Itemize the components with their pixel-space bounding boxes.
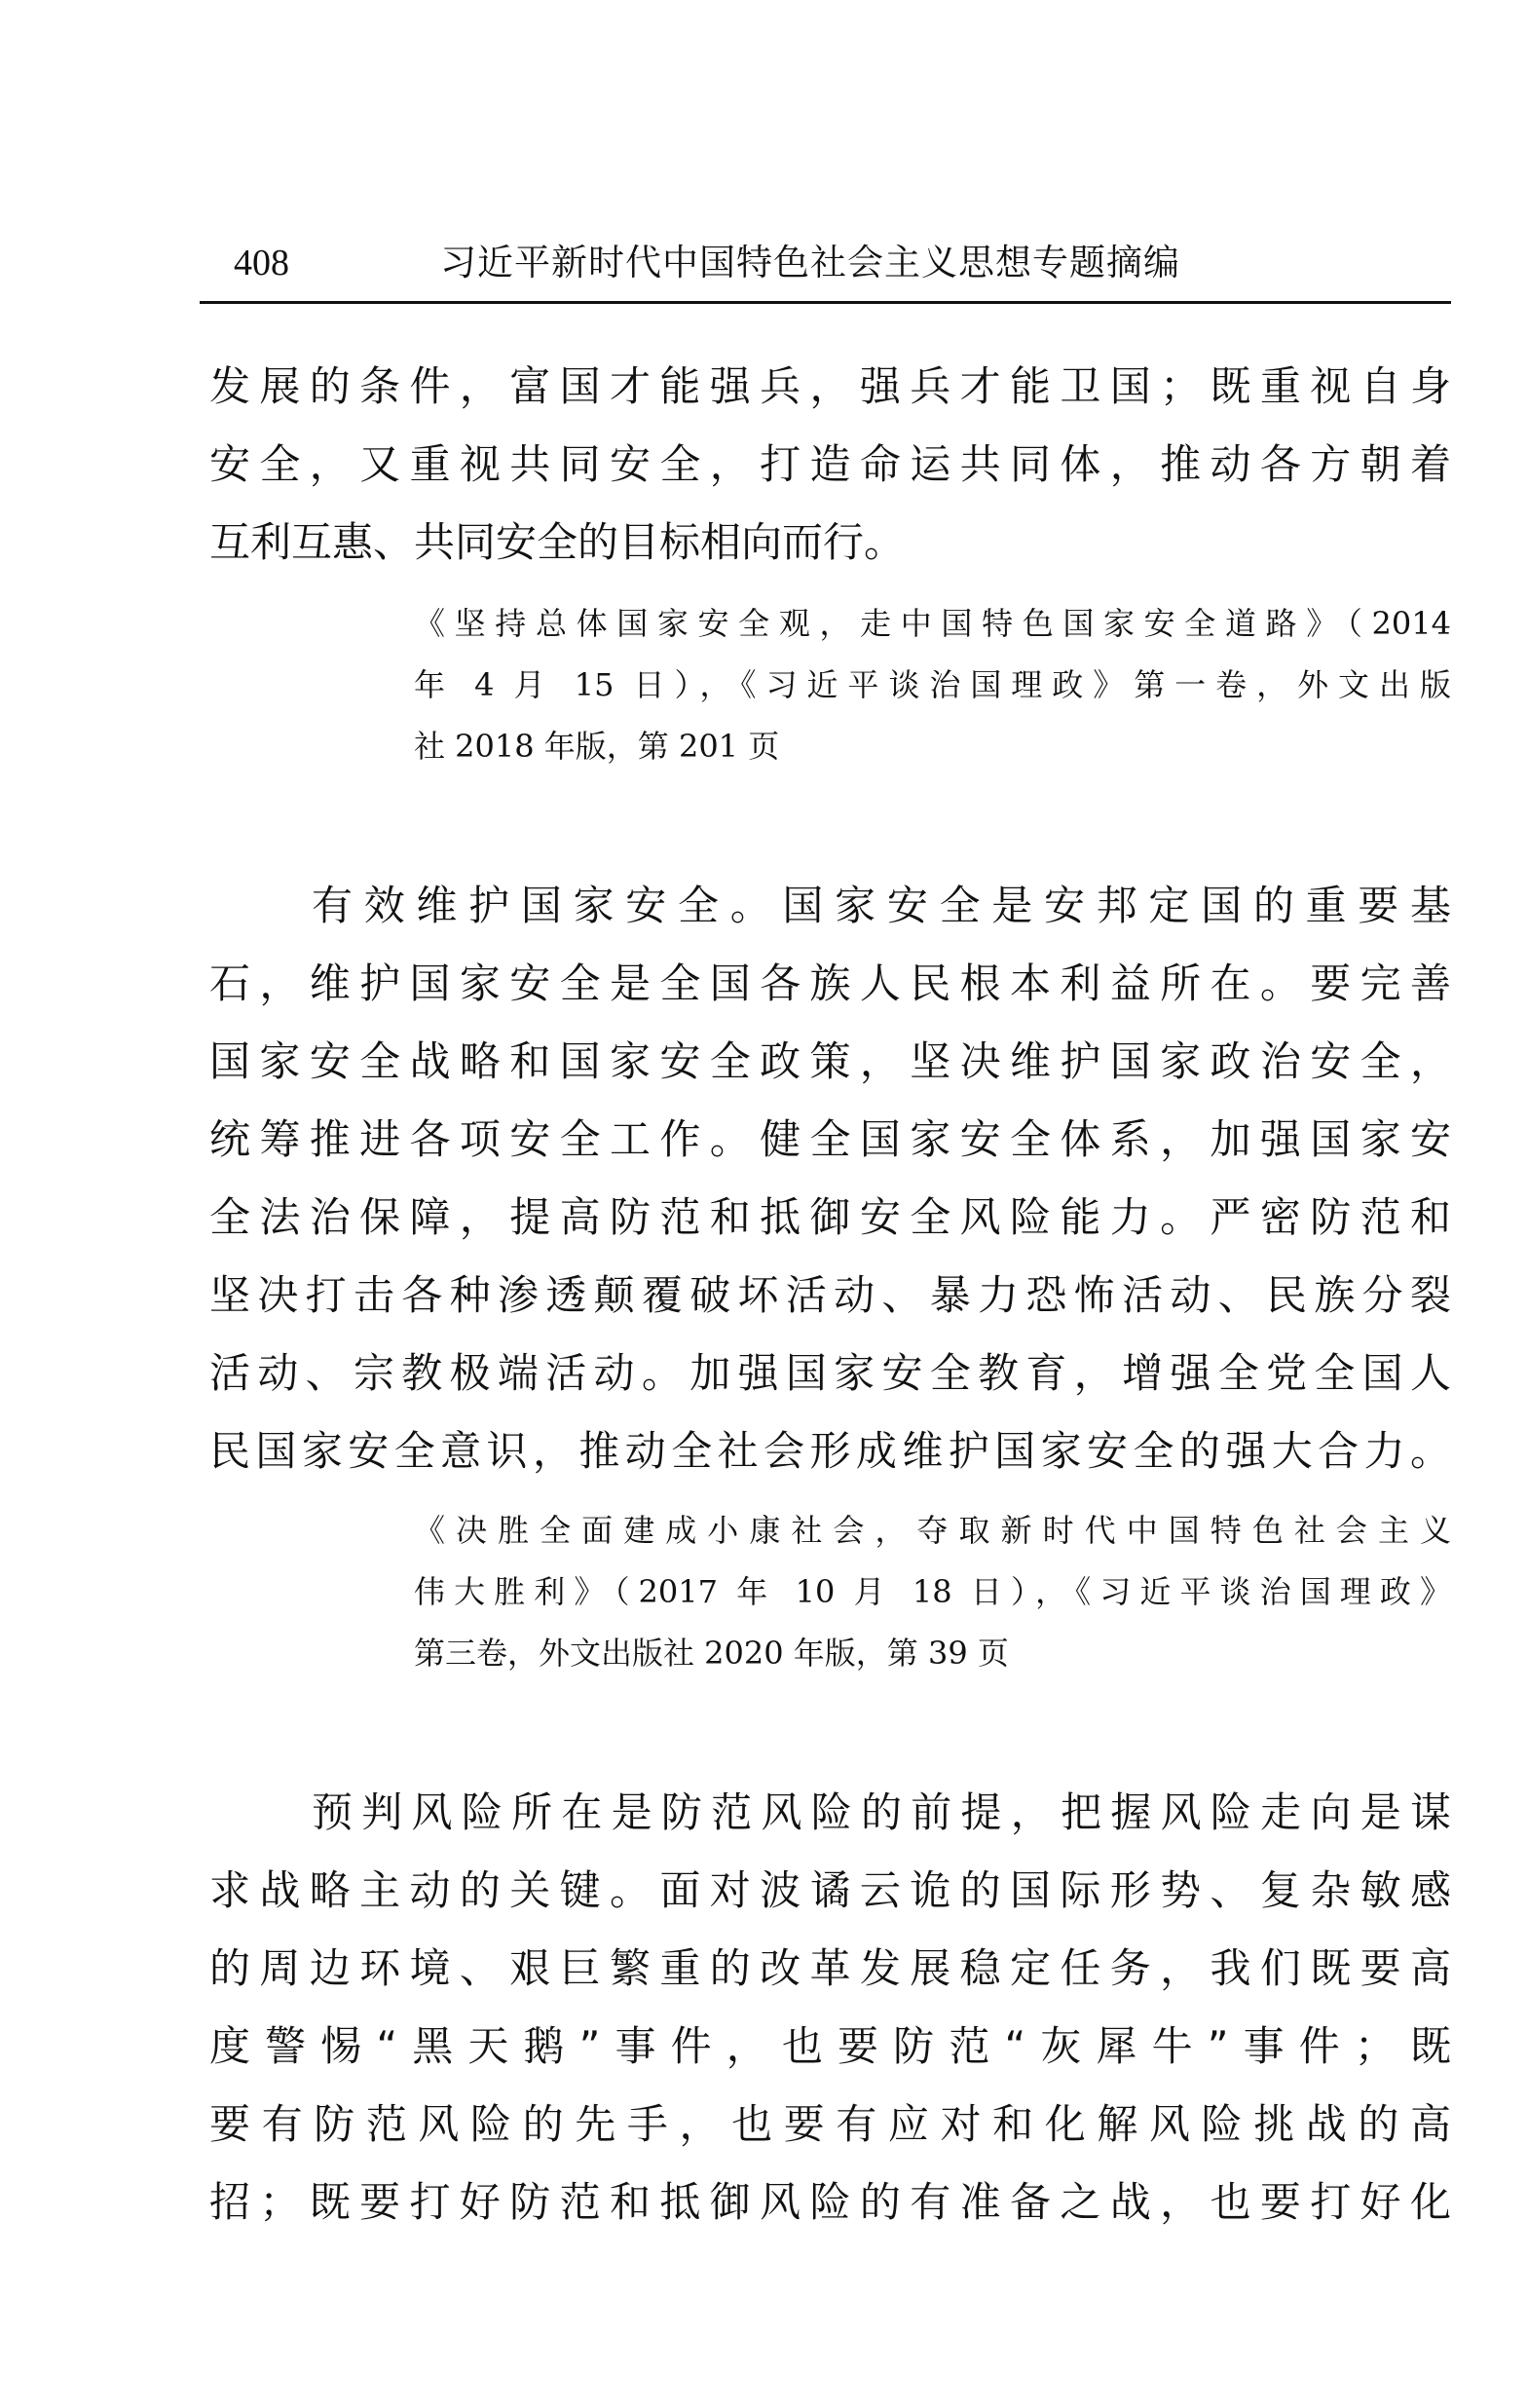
body-line: 活动、宗教极端活动。加强国家安全教育，增强全党全国人: [209, 1344, 1451, 1403]
body-line: 的周边环境、艰巨繁重的改革发展稳定任务，我们既要高: [209, 1939, 1451, 1998]
body-line: 预判风险所在是防范风险的前提，把握风险走向是谋: [312, 1784, 1451, 1842]
body-line: 国家安全战略和国家安全政策，坚决维护国家政治安全，: [209, 1033, 1451, 1091]
page-number: 408: [234, 234, 289, 292]
running-title: 习近平新时代中国特色社会主义思想专题摘编: [440, 234, 1180, 292]
citation-line: 伟大胜利》（2017 年 10 月 18 日），《习近平谈治国理政》: [414, 1564, 1451, 1619]
body-line: 招；既要打好防范和抵御风险的有准备之战，也要打好化: [209, 2173, 1451, 2232]
body-line: 度警惕“黑天鹅”事件，也要防范“灰犀牛”事件；既: [209, 2017, 1451, 2076]
citation-line: 第三卷，外文出版社 2020 年版，第 39 页: [414, 1626, 1451, 1680]
body-line: 求战略主动的关键。面对波谲云诡的国际形势、复杂敏感: [209, 1862, 1451, 1920]
body-line: 互利互惠、共同安全的目标相向而行。: [209, 513, 1451, 572]
citation-line: 《决胜全面建成小康社会，夺取新时代中国特色社会主义: [414, 1503, 1451, 1558]
body-line: 发展的条件，富国才能强兵，强兵才能卫国；既重视自身: [209, 357, 1451, 416]
page-header: 408 习近平新时代中国特色社会主义思想专题摘编: [234, 234, 1451, 292]
body-line: 要有防范风险的先手，也要有应对和化解风险挑战的高: [209, 2095, 1451, 2154]
header-rule: [200, 301, 1451, 304]
body-line: 民国家安全意识，推动全社会形成维护国家安全的强大合力。: [209, 1422, 1451, 1481]
citation-line: 年 4 月 15 日），《习近平谈治国理政》第一卷，外文出版: [414, 658, 1451, 712]
body-line: 统筹推进各项安全工作。健全国家安全体系，加强国家安: [209, 1110, 1451, 1169]
body-line: 有效维护国家安全。国家安全是安邦定国的重要基: [312, 877, 1451, 935]
citation-line: 社 2018 年版，第 201 页: [414, 719, 1451, 773]
body-line: 石，维护国家安全是全国各族人民根本利益所在。要完善: [209, 955, 1451, 1013]
body-line: 坚决打击各种渗透颠覆破坏活动、暴力恐怖活动、民族分裂: [209, 1266, 1451, 1325]
body-line: 全法治保障，提高防范和抵御安全风险能力。严密防范和: [209, 1188, 1451, 1247]
body-line: 安全，又重视共同安全，打造命运共同体，推动各方朝着: [209, 435, 1451, 494]
citation-line: 《坚持总体国家安全观，走中国特色国家安全道路》（2014: [414, 596, 1451, 651]
